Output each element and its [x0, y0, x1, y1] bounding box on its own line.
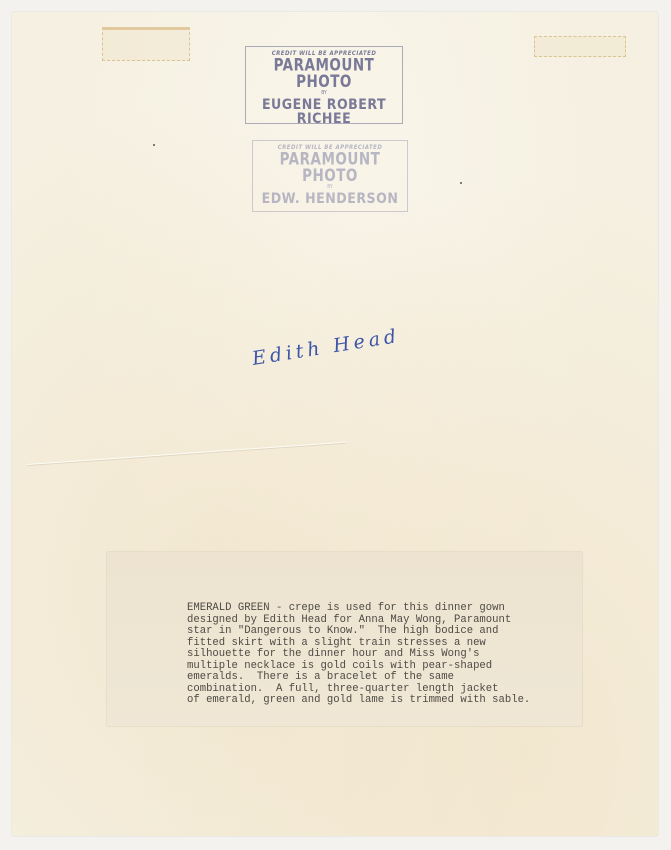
- caption-text: EMERALD GREEN - crepe is used for this d…: [187, 603, 587, 707]
- tape-residue-left: [102, 27, 190, 61]
- caption-slip: EMERALD GREEN - crepe is used for this d…: [107, 552, 582, 726]
- stamp-brand: PARAMOUNT PHOTO: [246, 58, 402, 91]
- caption-line: star in "Dangerous to Know." The high bo…: [187, 625, 499, 637]
- stamp-photographer: EUGENE ROBERT RICHEE: [246, 98, 402, 126]
- photographer-stamp-henderson: CREDIT WILL BE APPRECIATED PARAMOUNT PHO…: [252, 140, 408, 212]
- caption-line: silhouette for the dinner hour and Miss …: [187, 648, 479, 660]
- caption-line: of emerald, green and gold lame is trimm…: [187, 694, 530, 706]
- ink-speck: [460, 182, 462, 184]
- tape-residue-right: [534, 36, 626, 57]
- caption-line: fitted skirt with a slight train stresse…: [187, 637, 486, 649]
- stamp-brand: PARAMOUNT PHOTO: [253, 152, 407, 185]
- caption-line: multiple necklace is gold coils with pea…: [187, 660, 492, 672]
- stamp-photographer: EDW. HENDERSON: [253, 192, 407, 206]
- photographer-stamp-richee: CREDIT WILL BE APPRECIATED PARAMOUNT PHO…: [245, 46, 403, 124]
- stamp-by: BY: [253, 185, 407, 190]
- caption-line: emeralds. There is a bracelet of the sam…: [187, 671, 454, 683]
- stamp-by: BY: [246, 91, 402, 96]
- caption-line: EMERALD GREEN - crepe is used for this d…: [187, 602, 505, 614]
- caption-line: designed by Edith Head for Anna May Wong…: [187, 614, 511, 626]
- caption-line: combination. A full, three-quarter lengt…: [187, 683, 499, 695]
- paper-crease: [27, 442, 346, 465]
- ink-speck: [153, 144, 155, 146]
